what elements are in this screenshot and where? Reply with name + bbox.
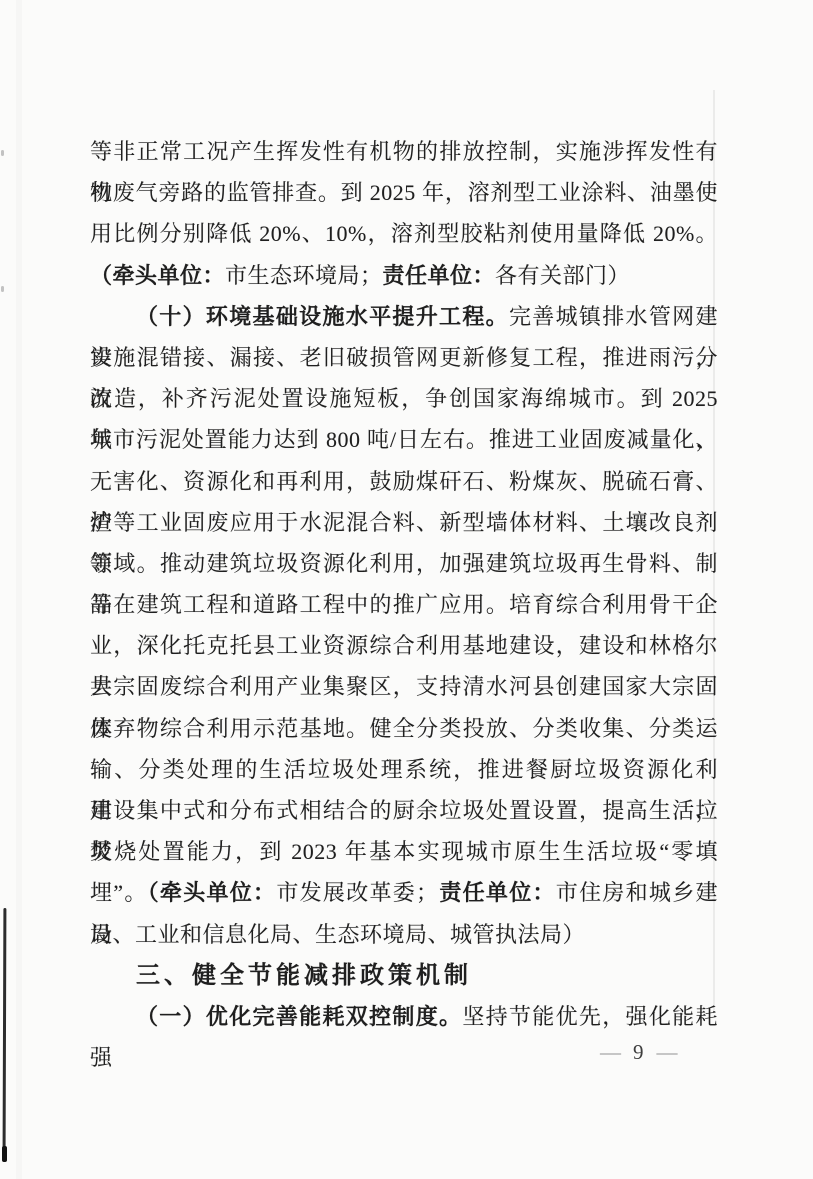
text-run: 三、健全节能减排政策机制	[136, 962, 472, 989]
text-run: 责任单位：	[439, 880, 556, 905]
scan-speck	[1, 150, 4, 156]
document-page: 等非正常工况产生挥发性有机物的排放控制，实施涉挥发性有机物废气旁路的监管排查。到…	[0, 0, 813, 1179]
text-run: 物废气旁路的监管排查。到 2025 年，溶剂型工业涂料、油墨使	[90, 180, 718, 205]
text-line: 渣等工业固废应用于水泥混合料、新型墙体材料、土壤改良剂等	[90, 502, 718, 543]
text-run: 城市污泥处置能力达到 800 吨/日左右。推进工业固废减量化、	[90, 427, 718, 452]
text-line: 城市污泥处置能力达到 800 吨/日左右。推进工业固废减量化、	[90, 419, 718, 460]
text-line: 实施混错接、漏接、老旧破损管网更新修复工程，推进雨污分流	[90, 337, 718, 378]
text-run: 等在建筑工程和道路工程中的推广应用。培育综合利用骨干企	[90, 592, 718, 617]
text-run: （牵头单位：	[90, 263, 225, 288]
text-line: 建设集中式和分布式相结合的厨余垃圾处置设置，提高生活垃圾	[90, 790, 718, 831]
text-run: 市发展改革委；	[276, 880, 438, 905]
text-run: 废弃物综合利用示范基地。健全分类投放、分类收集、分类运	[90, 716, 718, 741]
page-number: — 9 —	[600, 1037, 720, 1067]
text-line: 焚烧处置能力，到 2023 年基本实现城市原生生活垃圾“零填	[90, 831, 718, 872]
text-run: 焚烧处置能力，到 2023 年基本实现城市原生生活垃圾“零填	[90, 839, 718, 864]
text-line: 大宗固废综合利用产业集聚区，支持清水河县创建国家大宗固体	[90, 666, 718, 707]
text-line: 废弃物综合利用示范基地。健全分类投放、分类收集、分类运	[90, 708, 718, 749]
text-line: （十）环境基础设施水平提升工程。完善城镇排水管网建设，	[90, 296, 718, 337]
page-number-value: 9	[633, 1040, 644, 1065]
text-line: 局、工业和信息化局、生态环境局、城管执法局）	[90, 914, 718, 955]
text-line: 改造，补齐污泥处置设施短板，争创国家海绵城市。到 2025 年，	[90, 378, 718, 419]
text-line: 用比例分别降低 20%、10%，溶剂型胶粘剂使用量降低 20%。	[90, 213, 718, 254]
text-line: （牵头单位：市生态环境局；责任单位：各有关部门）	[90, 255, 718, 296]
scan-streak	[16, 0, 22, 1179]
text-line: 埋”。（牵头单位：市发展改革委；责任单位：市住房和城乡建设	[90, 872, 718, 913]
text-run: 市生态环境局；	[225, 263, 383, 288]
scan-speck	[1, 286, 4, 292]
text-line: 等在建筑工程和道路工程中的推广应用。培育综合利用骨干企	[90, 584, 718, 625]
text-line: （一）优化完善能耗双控制度。坚持节能优先，强化能耗强	[90, 996, 718, 1037]
document-body: 等非正常工况产生挥发性有机物的排放控制，实施涉挥发性有机物废气旁路的监管排查。到…	[90, 131, 718, 1037]
text-run: 用比例分别降低 20%、10%，溶剂型胶粘剂使用量降低 20%。	[90, 221, 718, 246]
text-run: 各有关部门）	[495, 263, 630, 288]
page-number-dash-left: —	[600, 1040, 620, 1065]
text-line: 领域。推动建筑垃圾资源化利用，加强建筑垃圾再生骨料、制品	[90, 543, 718, 584]
scan-artifact-left-line-tail	[2, 1146, 7, 1162]
text-run: 埋”。	[90, 880, 148, 905]
section-heading: 三、健全节能减排政策机制	[90, 955, 718, 996]
text-run: 责任单位：	[383, 263, 496, 288]
page-number-dash-right: —	[657, 1040, 677, 1065]
text-line: 物废气旁路的监管排查。到 2025 年，溶剂型工业涂料、油墨使	[90, 172, 718, 213]
text-line: 输、分类处理的生活垃圾处理系统，推进餐厨垃圾资源化利用，	[90, 749, 718, 790]
text-line: 无害化、资源化和再利用，鼓励煤矸石、粉煤灰、脱硫石膏、炉	[90, 461, 718, 502]
text-run: （牵头单位：	[148, 880, 277, 905]
text-run: 局、工业和信息化局、生态环境局、城管执法局）	[90, 922, 585, 947]
text-run: （一）优化完善能耗双控制度。	[136, 1004, 462, 1029]
text-line: 等非正常工况产生挥发性有机物的排放控制，实施涉挥发性有机	[90, 131, 718, 172]
scan-artifact-left-line	[3, 908, 6, 1148]
text-run: （十）环境基础设施水平提升工程。	[136, 304, 509, 329]
text-line: 业，深化托克托县工业资源综合利用基地建设，建设和林格尔县	[90, 625, 718, 666]
